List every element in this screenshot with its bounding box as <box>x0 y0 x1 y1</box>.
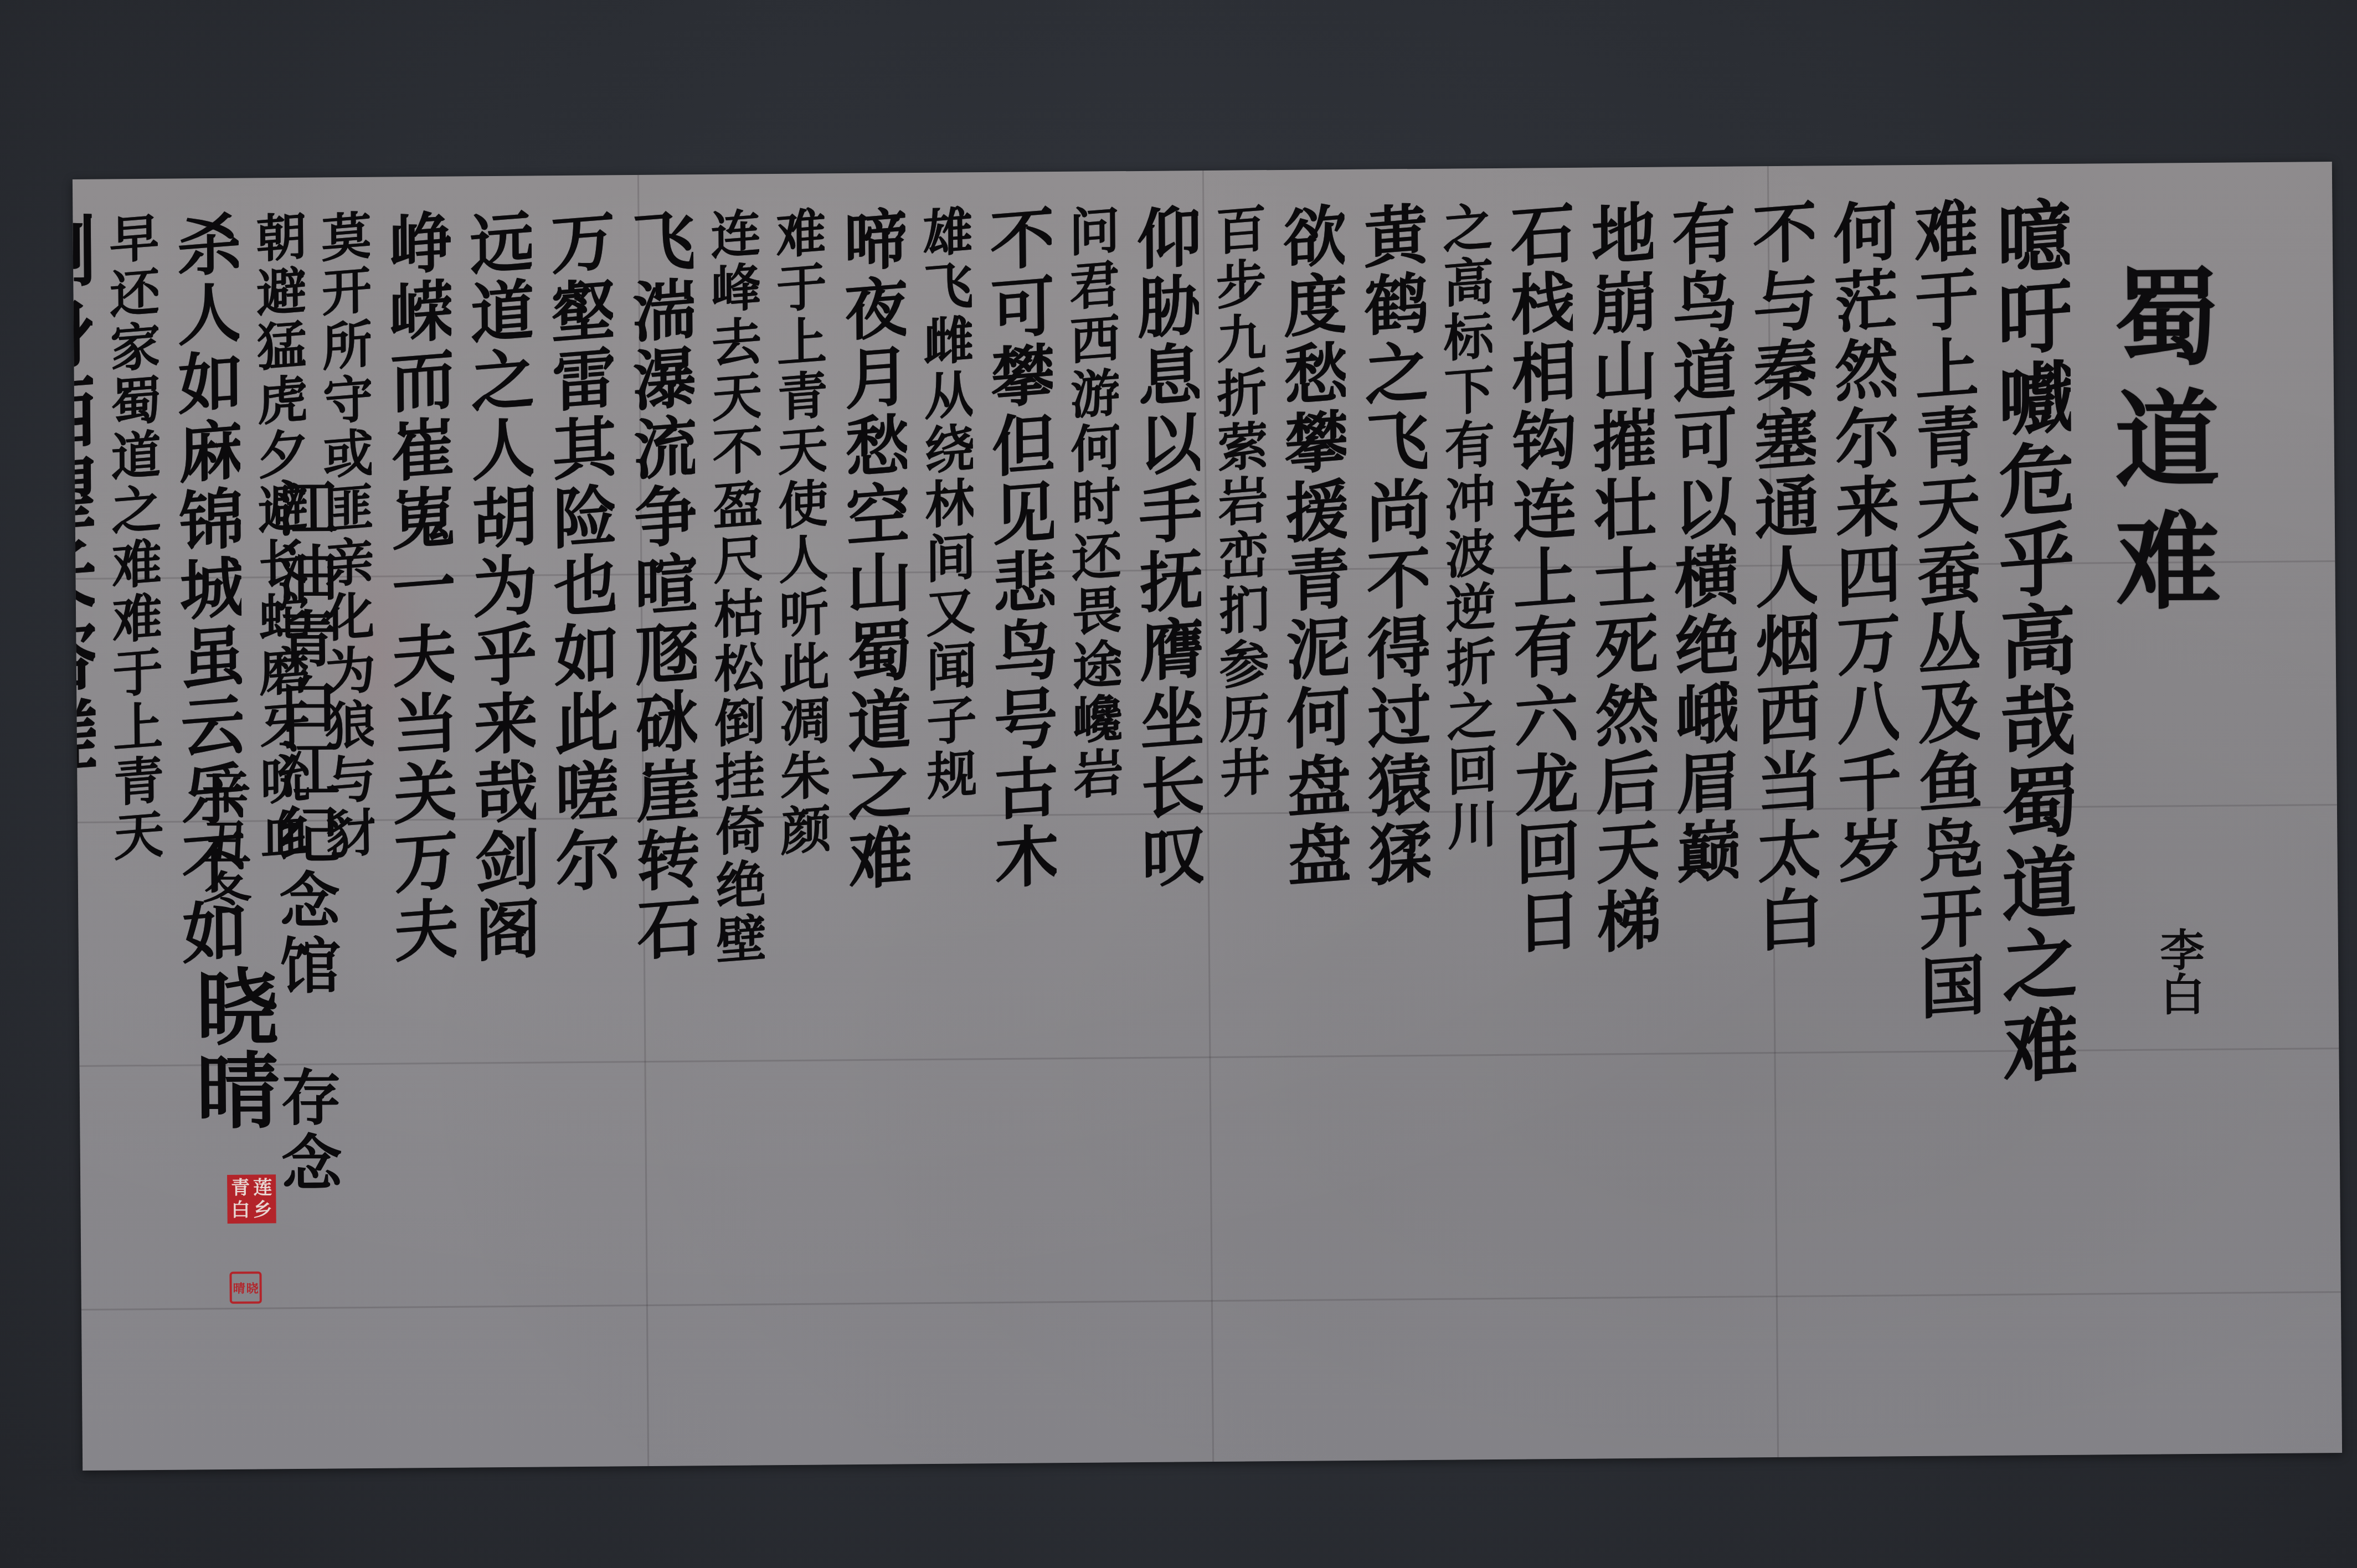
poem-column: 黄鹤之飞尚不得过猿猱 <box>1357 200 1435 1441</box>
artist-signature: 晓晴 <box>170 964 291 1131</box>
poem-column: 雄飞雌从绕林间又闻子规 <box>917 204 980 1443</box>
poem-column: 何茫然尔来四万八千岁 <box>1826 196 1905 1437</box>
poem-column: 不可攀但见悲鸟号古木 <box>983 203 1061 1444</box>
red-seal-relief: 青 莲 白 乡 <box>227 1174 276 1224</box>
poem-column: 地崩山摧壮士死然后天梯 <box>1584 198 1662 1439</box>
seal-glyph: 青 <box>229 1177 251 1199</box>
poem-column: 百步九折萦岩峦扪参历井 <box>1210 202 1273 1441</box>
poem-column: 飞湍瀑流争喧豗砯崖转石 <box>624 205 702 1447</box>
seal-glyph: 莲 <box>251 1177 274 1199</box>
seal-glyph: 晴 <box>233 1279 245 1296</box>
poem-column: 石栈相钩连上有六龙回日 <box>1503 198 1581 1440</box>
poem-column: 有鸟道可以横绝峨眉巅 <box>1665 197 1743 1438</box>
poem-body: 蜀道难 噫吁嚱危乎高哉蜀道之难 难于上青天蚕丛及鱼凫开国 何茫然尔来四万八千岁 … <box>73 195 2265 1449</box>
seal-glyph: 白 <box>229 1199 251 1221</box>
poem-title: 蜀道难 <box>2082 262 2242 1432</box>
poem-column: 问君西游何时还畏途巉岩 <box>1064 203 1127 1442</box>
poem-column: 不与秦塞通人烟西当太白 <box>1746 197 1824 1438</box>
poem-column: 连峰去天不盈尺枯松倒挂倚绝壁 <box>705 205 768 1445</box>
poem-column: 早还家蜀道之难难于上青天 <box>104 210 167 1450</box>
poem-column: 噫吁嚱危乎高哉蜀道之难 <box>1988 194 2078 1436</box>
red-seal-name: 晴 晓 <box>229 1271 261 1303</box>
poem-column: 欲度愁攀援青泥何盘盘 <box>1276 200 1354 1442</box>
dedication-text: 江油青白江纪念馆 <box>266 476 341 999</box>
poem-column: 仰胁息以手抚膺坐长叹 <box>1129 202 1207 1443</box>
seal-glyph: 乡 <box>251 1199 274 1221</box>
poem-column: 难于上青天蚕丛及鱼凫开国 <box>1907 195 1985 1437</box>
calligraphy-paper: 蜀道难 噫吁嚱危乎高哉蜀道之难 难于上青天蚕丛及鱼凫开国 何茫然尔来四万八千岁 … <box>73 162 2342 1471</box>
poem-column: 之高标下有冲波逆折之回川 <box>1437 200 1500 1440</box>
poem-column: 啼夜月愁空山蜀道之难 <box>836 204 914 1445</box>
date-inscription: 辛丑冬 <box>188 765 259 921</box>
poem-column: 难于上青天使人听此凋朱颜 <box>771 205 834 1445</box>
poem-column: 远道之人胡为乎来哉剑阁 <box>462 207 541 1448</box>
poem-column: 峥嵘而崔嵬一夫当关万夫 <box>382 207 460 1448</box>
seal-glyph: 晓 <box>246 1279 259 1296</box>
poem-column: 万壑雷其险也如此嗟尔 <box>543 206 621 1447</box>
author-note: 李白 <box>2147 927 2211 1016</box>
